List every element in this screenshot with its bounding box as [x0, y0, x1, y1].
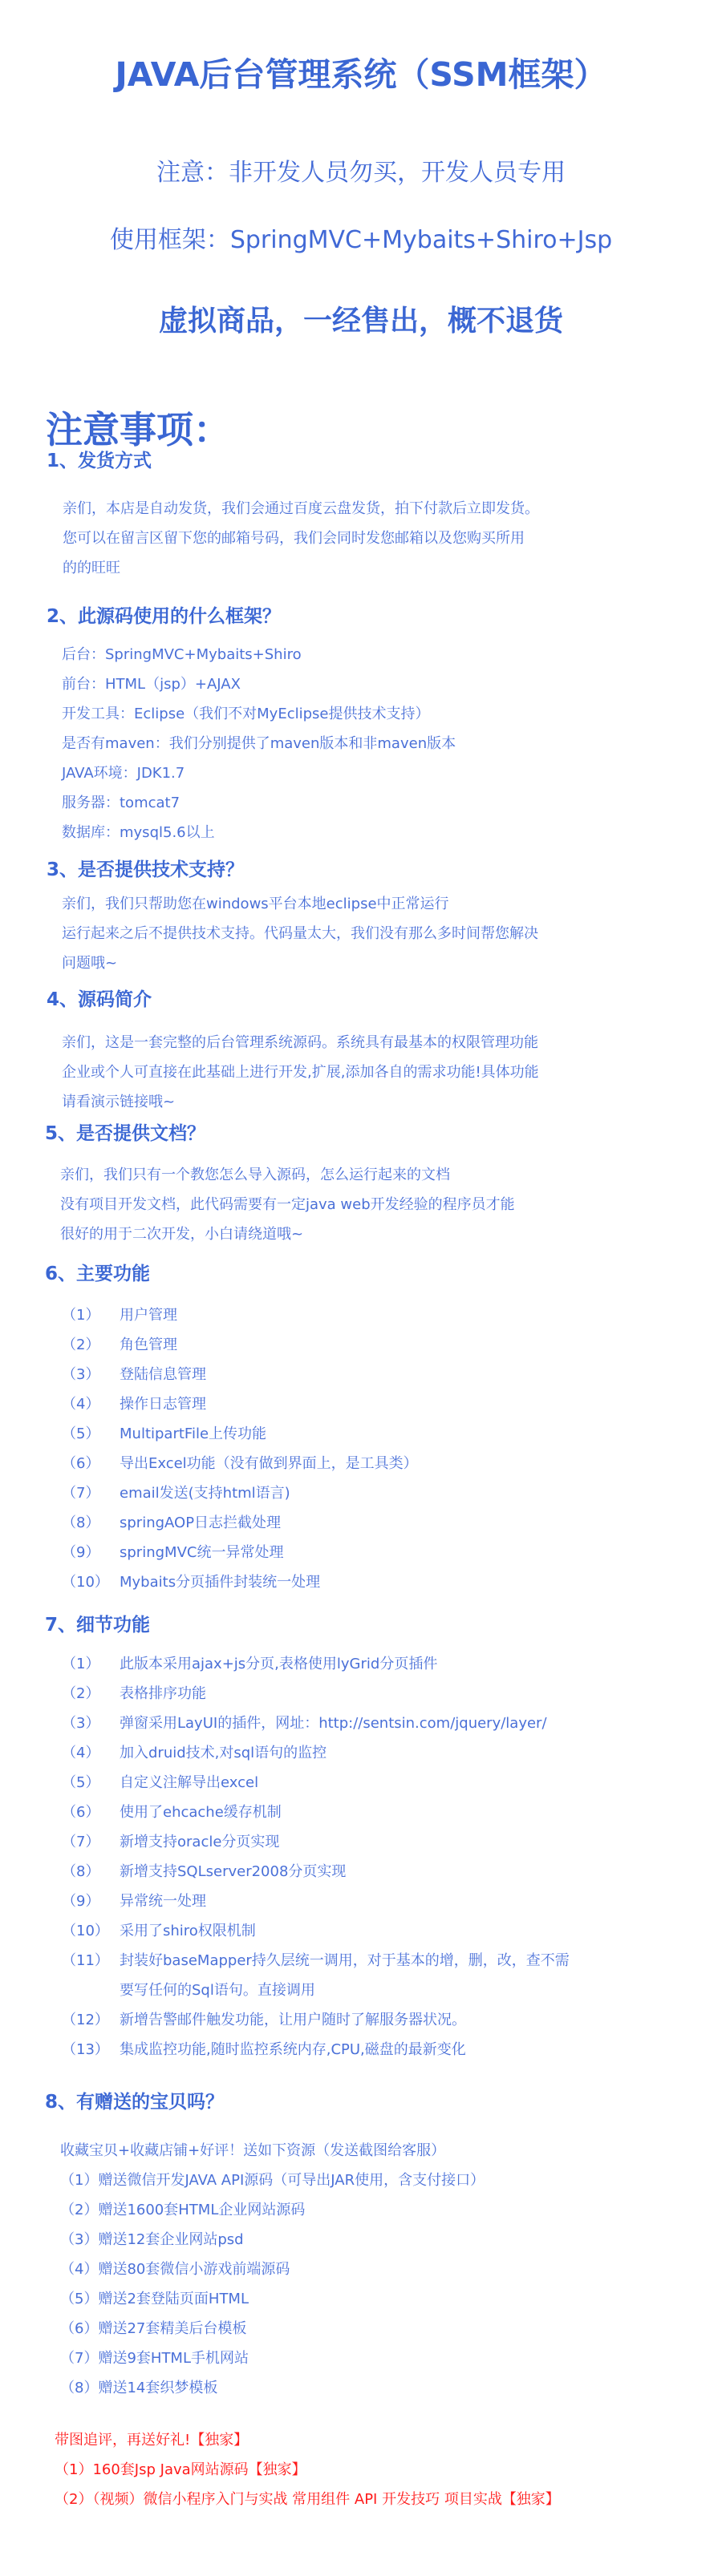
section-2-line: 开发工具：Eclipse（我们不对MyEclipse提供技术支持）: [62, 699, 456, 729]
gift-item: （2）赠送1600套HTML企业网站源码: [60, 2195, 485, 2225]
section-8-heading: 8、有赠送的宝贝吗？: [45, 2087, 224, 2113]
section-1-line: 您可以在留言区留下您的邮箱号码，我们会同时发您邮箱以及您购买所用: [63, 524, 539, 553]
feature-item: （9）springMVC统一异常处理: [62, 1538, 418, 1567]
section-6-heading: 6、主要功能: [45, 1259, 150, 1285]
section-5-line: 很好的用于二次开发，小白请绕道哦~: [60, 1219, 515, 1249]
detail-features-list: （1）此版本采用ajax+js分页,表格使用lyGrid分页插件 （2）表格排序…: [62, 1649, 570, 2064]
section-3-line: 运行起来之后不提供技术支持。代码量太大，我们没有那么多时间帮您解决: [62, 919, 538, 948]
feature-item: （1）用户管理: [62, 1300, 418, 1330]
section-5-heading: 5、是否提供文档？: [45, 1118, 205, 1145]
section-4-line: 亲们，这是一套完整的后台管理系统源码。系统具有最基本的权限管理功能: [62, 1028, 539, 1057]
feature-item: （6）导出Excel功能（没有做到界面上，是工具类）: [62, 1449, 418, 1478]
section-2-body: 后台：SpringMVC+Mybaits+Shiro 前台：HTML（jsp）+…: [62, 640, 456, 847]
feature-item: （3）登陆信息管理: [62, 1360, 418, 1389]
section-1-body: 亲们，本店是自动发货，我们会通过百度云盘发货，拍下付款后立即发货。 您可以在留言…: [63, 494, 539, 583]
gift-item: （7）赠送9套HTML手机网站: [60, 2343, 485, 2373]
section-3-heading: 3、是否提供技术支持？: [47, 855, 244, 881]
page-title: JAVA后台管理系统（SSM框架）: [0, 48, 722, 95]
section-2-line: 是否有maven：我们分别提供了maven版本和非maven版本: [62, 729, 456, 758]
gifts-block: 收藏宝贝+收藏店铺+好评！送如下资源（发送截图给客服） （1）赠送微信开发JAV…: [60, 2136, 485, 2403]
bonus-item: （1）160套Jsp Java网站源码【独家】: [55, 2455, 560, 2485]
notice-text: 注意：非开发人员勿买，开发人员专用: [0, 152, 722, 188]
section-2-line: 服务器：tomcat7: [62, 788, 456, 818]
feature-item: （5）MultipartFile上传功能: [62, 1419, 418, 1449]
detail-item: （13）集成监控功能,随时监控系统内存,CPU,磁盘的最新变化: [62, 2035, 570, 2064]
feature-item: （10）Mybaits分页插件封装统一处理: [62, 1567, 418, 1597]
section-7-heading: 7、细节功能: [45, 1610, 150, 1636]
gift-item: （1）赠送微信开发JAVA API源码（可导出JAR使用，含支付接口）: [60, 2166, 485, 2195]
gift-item: （6）赠送27套精美后台模板: [60, 2314, 485, 2343]
section-4-body: 亲们，这是一套完整的后台管理系统源码。系统具有最基本的权限管理功能 企业或个人可…: [62, 1028, 539, 1117]
section-5-body: 亲们，我们只有一个教您怎么导入源码，怎么运行起来的文档 没有项目开发文档，此代码…: [60, 1160, 515, 1249]
section-1-heading: 1、发货方式: [47, 446, 152, 472]
section-2-line: 前台：HTML（jsp）+AJAX: [62, 669, 456, 699]
detail-item: （12）新增告警邮件触发功能，让用户随时了解服务器状况。: [62, 2005, 570, 2035]
section-2-line: JAVA环境：JDK1.7: [62, 758, 456, 788]
section-4-heading: 4、源码简介: [47, 985, 152, 1011]
detail-item: （3）弹窗采用LayUI的插件，网址：http://sentsin.com/jq…: [62, 1709, 570, 1738]
gift-item: （8）赠送14套织梦模板: [60, 2373, 485, 2403]
section-5-line: 没有项目开发文档，此代码需要有一定java web开发经验的程序员才能: [60, 1190, 515, 1219]
section-1-line: 的的旺旺: [63, 553, 539, 583]
feature-item: （4）操作日志管理: [62, 1389, 418, 1419]
framework-text: 使用框架：SpringMVC+Mybaits+Shiro+Jsp: [0, 220, 722, 255]
gifts-intro: 收藏宝贝+收藏店铺+好评！送如下资源（发送截图给客服）: [60, 2136, 485, 2166]
section-3-line: 亲们，我们只帮助您在windows平台本地eclipse中正常运行: [62, 889, 538, 919]
section-3-line: 问题哦~: [62, 948, 538, 978]
detail-item: （8）新增支持SQLserver2008分页实现: [62, 1857, 570, 1887]
detail-item: （9）异常统一处理: [62, 1887, 570, 1916]
no-refund-warning: 虚拟商品，一经售出，概不退货: [0, 298, 722, 339]
feature-item: （7）email发送(支持html语言): [62, 1478, 418, 1508]
bonus-item: （2）（视频）微信小程序入门与实战 常用组件 API 开发技巧 项目实战【独家】: [55, 2485, 560, 2514]
detail-item: （4）加入druid技术,对sql语句的监控: [62, 1738, 570, 1768]
section-2-heading: 2、此源码使用的什么框架？: [47, 601, 281, 628]
section-5-line: 亲们，我们只有一个教您怎么导入源码，怎么运行起来的文档: [60, 1160, 515, 1190]
feature-item: （2）角色管理: [62, 1330, 418, 1360]
main-features-list: （1）用户管理 （2）角色管理 （3）登陆信息管理 （4）操作日志管理 （5）M…: [62, 1300, 418, 1597]
detail-item: （10）采用了shiro权限机制: [62, 1916, 570, 1946]
detail-item: （2）表格排序功能: [62, 1679, 570, 1709]
detail-item: （7）新增支持oracle分页实现: [62, 1827, 570, 1857]
detail-item: （1）此版本采用ajax+js分页,表格使用lyGrid分页插件: [62, 1649, 570, 1679]
section-2-line: 数据库：mysql5.6以上: [62, 818, 456, 847]
detail-item: （11）封装好baseMapper持久层统一调用，对于基本的增，删，改，查不需: [62, 1946, 570, 1975]
bonus-block: 带图追评，再送好礼!【独家】 （1）160套Jsp Java网站源码【独家】 （…: [55, 2425, 560, 2514]
section-1-line: 亲们，本店是自动发货，我们会通过百度云盘发货，拍下付款后立即发货。: [63, 494, 539, 524]
section-4-line: 企业或个人可直接在此基础上进行开发,扩展,添加各自的需求功能!具体功能: [62, 1057, 539, 1087]
gift-item: （5）赠送2套登陆页面HTML: [60, 2284, 485, 2314]
section-4-line: 请看演示链接哦~: [62, 1087, 539, 1117]
feature-item: （8）springAOP日志拦截处理: [62, 1508, 418, 1538]
section-3-body: 亲们，我们只帮助您在windows平台本地eclipse中正常运行 运行起来之后…: [62, 889, 538, 978]
bonus-heading: 带图追评，再送好礼!【独家】: [55, 2425, 560, 2455]
gift-item: （4）赠送80套微信小游戏前端源码: [60, 2255, 485, 2284]
gift-item: （3）赠送12套企业网站psd: [60, 2225, 485, 2255]
detail-item: （6）使用了ehcache缓存机制: [62, 1798, 570, 1827]
detail-item: （5）自定义注解导出excel: [62, 1768, 570, 1798]
section-2-line: 后台：SpringMVC+Mybaits+Shiro: [62, 640, 456, 669]
detail-item-continuation: 要写任何的Sql语句。直接调用: [62, 1975, 570, 2005]
